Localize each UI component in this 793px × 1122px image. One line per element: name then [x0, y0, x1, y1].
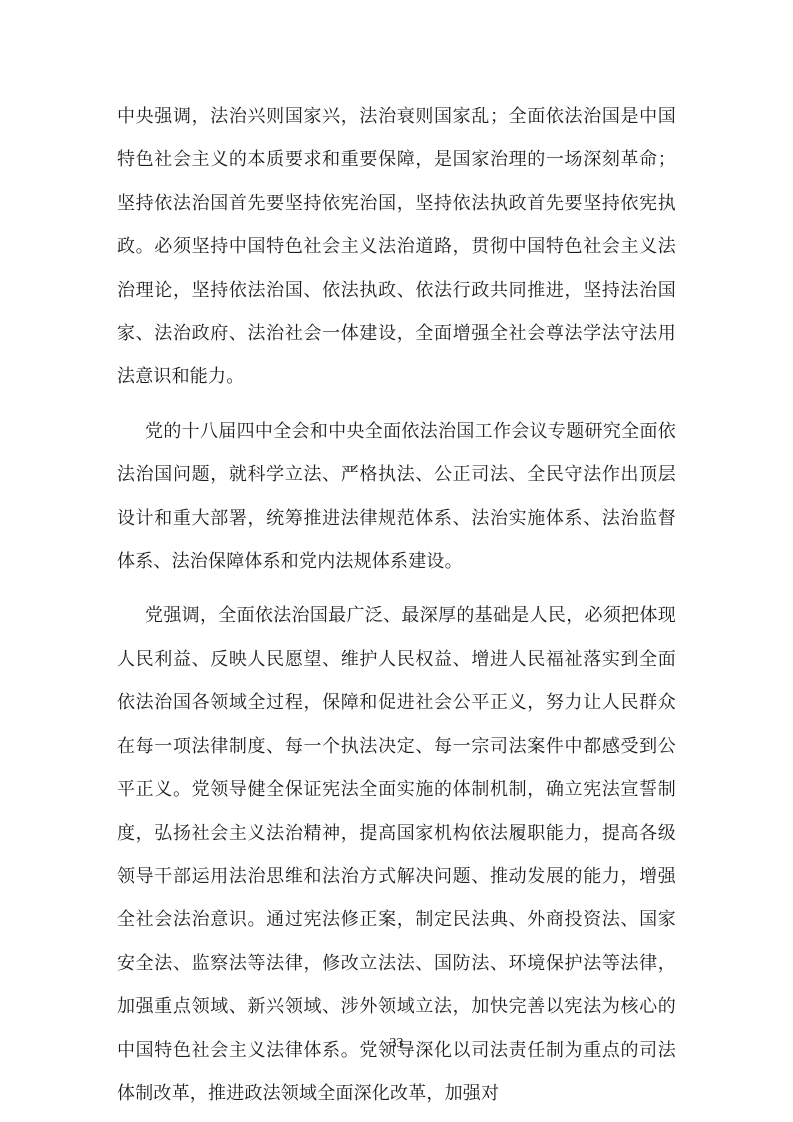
paragraph-2: 党的十八届四中全会和中央全面依法治国工作会议专题研究全面依法治国问题，就科学立法… — [117, 410, 676, 584]
page-body: 中央强调，法治兴则国家兴，法治衰则国家乱；全面依法治国是中国特色社会主义的本质要… — [117, 95, 676, 1115]
document-page: 中央强调，法治兴则国家兴，法治衰则国家乱；全面依法治国是中国特色社会主义的本质要… — [0, 0, 793, 1122]
paragraph-1: 中央强调，法治兴则国家兴，法治衰则国家乱；全面依法治国是中国特色社会主义的本质要… — [117, 95, 676, 399]
page-number: 33 — [390, 1036, 404, 1051]
page-footer: 33 — [0, 1034, 793, 1054]
